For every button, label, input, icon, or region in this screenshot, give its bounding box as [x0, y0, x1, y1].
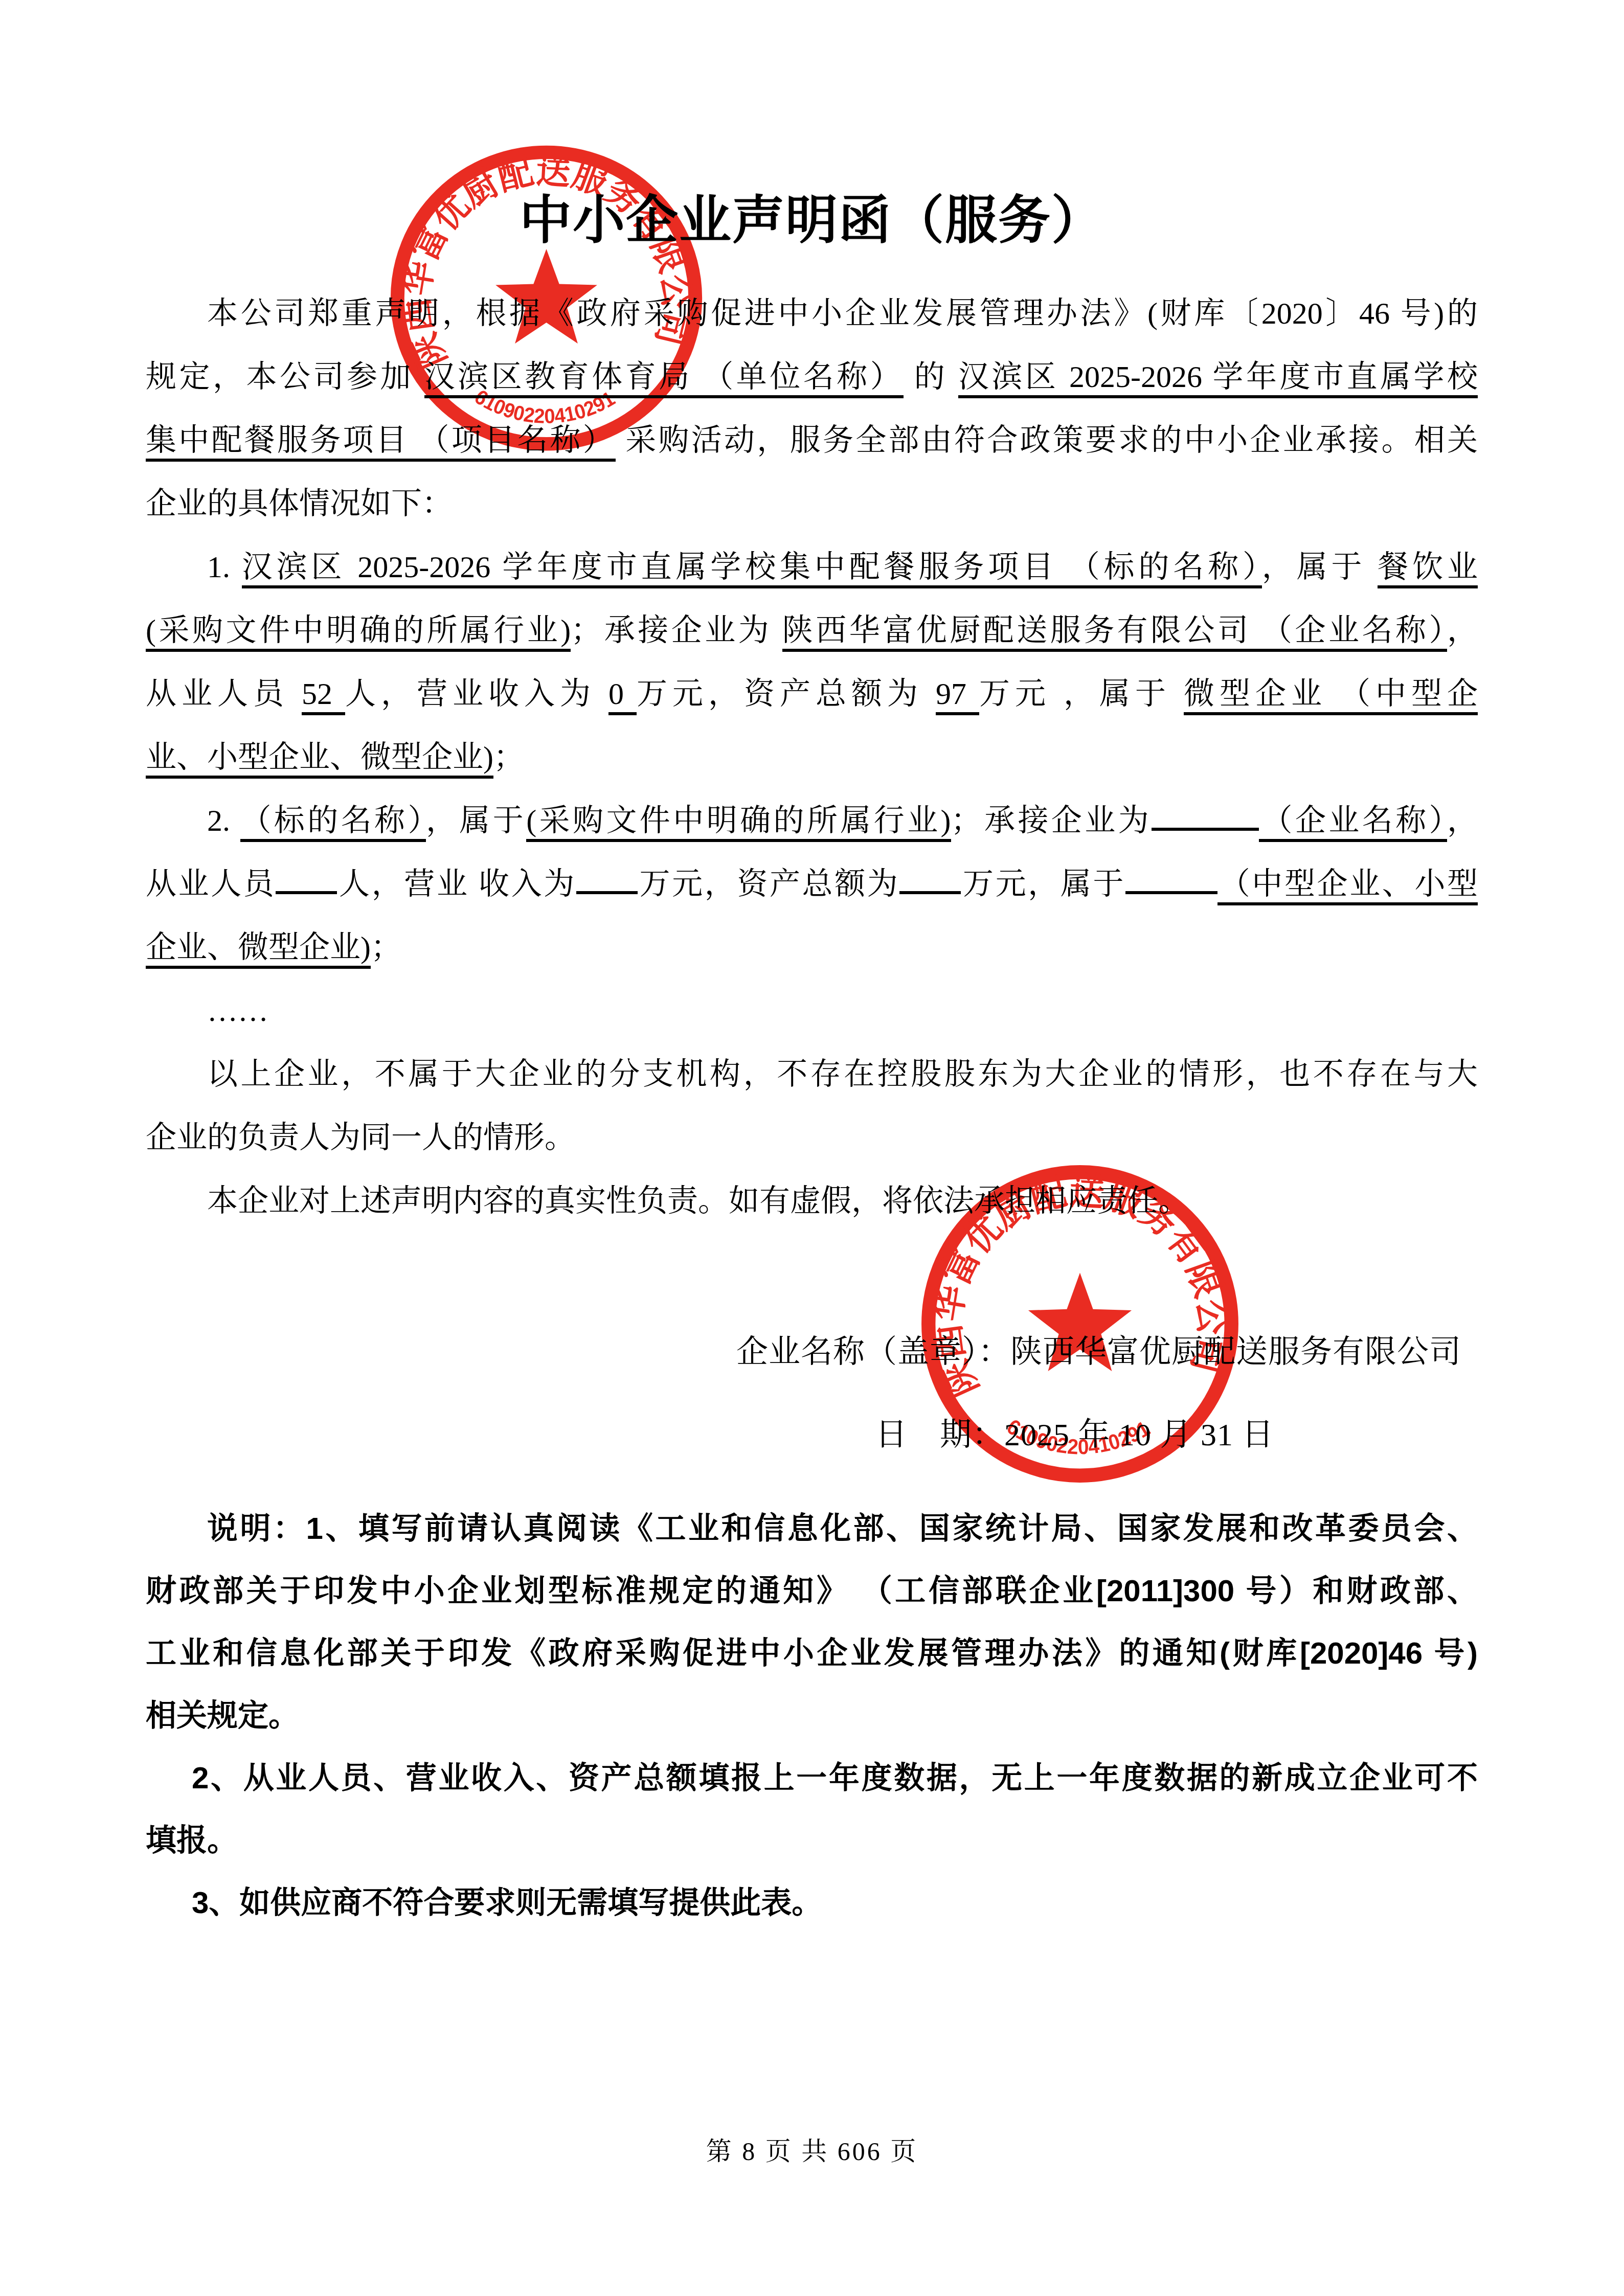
text-segment: ，属于: [426, 804, 526, 837]
declaration-document-page: 中小企业声明函（服务） 本公司郑重声明，根据《政府采购促进中小企业发展管理办法》…: [0, 0, 1624, 2296]
text-line: 集中配餐服务项目 （项目名称） 采购活动，服务全部由符合政策要求的中小企业承接。…: [146, 408, 1478, 472]
text-segment: 财政部关于印发中小企业划型标准规定的通知》 （工信部联企业[2011]300 号…: [146, 1574, 1478, 1608]
text-line: 1. 汉滨区 2025-2026 学年度市直属学校集中配餐服务项目 （标的名称）…: [146, 535, 1478, 599]
text-segment: 相关规定。: [146, 1698, 299, 1733]
text-segment: 采购活动，服务全部由符合政策要求的中小企业承接。相关: [616, 423, 1478, 457]
underlined-field-text: （中型企: [1340, 677, 1478, 715]
text-line: 从业人员 52 人，营业收入为 0 万元，资产总额为 97 万元 ，属于 微型企…: [146, 662, 1478, 725]
underlined-field-text: (采购文件中明确的所属行业): [526, 804, 951, 842]
page-title: 中小企业声明函（服务）: [0, 190, 1624, 253]
text-segment: 人，营业 收入为: [337, 867, 576, 901]
underlined-field-text: 汉滨区 2025-2026 学年度市直属学校: [958, 360, 1478, 398]
text-line: 企业的具体情况如下：: [146, 472, 1478, 535]
text-segment: 说明：1、填写前请认真阅读《工业和信息化部、国家统计局、国家发展和改革委员会、: [207, 1511, 1478, 1545]
underlined-field-text: 汉滨区教育体育局 （单位名称）: [424, 360, 904, 398]
text-segment: 1.: [207, 550, 242, 584]
text-line: 企业的负责人为同一人的情形。: [146, 1106, 1478, 1169]
text-segment: 3、如供应商不符合要求则无需填写提供此表。: [192, 1885, 822, 1920]
blank-underline-field: [1152, 795, 1259, 831]
underlined-field-text: 微型企业: [1184, 677, 1340, 715]
text-segment: 万元，属于: [961, 867, 1125, 901]
text-line: (采购文件中明确的所属行业)；承接企业为 陕西华富优厨配送服务有限公司 （企业名…: [146, 599, 1478, 662]
company-signature-line: 企业名称（盖章）：陕西华富优厨配送服务有限公司: [736, 1321, 1461, 1384]
notes-text: 说明：1、填写前请认真阅读《工业和信息化部、国家统计局、国家发展和改革委员会、财…: [146, 1497, 1478, 1934]
text-segment: 的: [904, 360, 958, 394]
underlined-field-text: 97: [936, 677, 979, 715]
text-line: 本公司郑重声明，根据《政府采购促进中小企业发展管理办法》(财库〔2020〕46 …: [146, 282, 1478, 345]
text-segment: 万元，资产总额为: [638, 867, 900, 901]
text-segment: 2、从业人员、营业收入、资产总额填报上一年度数据，无上一年度数据的新成立企业可不: [192, 1761, 1478, 1795]
text-line: 3、如供应商不符合要求则无需填写提供此表。: [146, 1872, 1478, 1934]
text-line: 本企业对上述声明内容的真实性负责。如有虚假，将依法承担相应责任。: [146, 1169, 1478, 1233]
text-segment: 本企业对上述声明内容的真实性负责。如有虚假，将依法承担相应责任。: [207, 1184, 1189, 1218]
text-segment: ；: [371, 930, 401, 964]
underlined-field-text: (采购文件中明确的所属行业): [146, 613, 571, 652]
underlined-field-text: （企业名称）: [1259, 804, 1447, 842]
text-segment: 企业的负责人为同一人的情形。: [146, 1121, 575, 1154]
underlined-field-text: 餐饮业: [1378, 550, 1478, 588]
text-line: 规定，本公司参加 汉滨区教育体育局 （单位名称） 的 汉滨区 2025-2026…: [146, 345, 1478, 408]
text-line: 填报。: [146, 1809, 1478, 1872]
text-segment: 2.: [207, 804, 240, 837]
text-line: 以上企业，不属于大企业的分支机构，不存在控股股东为大企业的情形，也不存在与大: [146, 1042, 1478, 1106]
text-segment: 万元 ，属于: [979, 677, 1184, 711]
text-segment: ……: [207, 994, 268, 1028]
text-line: 2. （标的名称），属于(采购文件中明确的所属行业)；承接企业为（企业名称），: [146, 789, 1478, 852]
underlined-field-text: （中型企业、小型: [1217, 867, 1478, 905]
text-line: 相关规定。: [146, 1685, 1478, 1747]
text-segment: ；承接企业为: [951, 804, 1152, 837]
text-segment: 以上企业，不属于大企业的分支机构，不存在控股股东为大企业的情形，也不存在与大: [207, 1057, 1478, 1091]
underlined-field-text: 业、小型企业、微型企业): [146, 740, 493, 779]
text-segment: 企业的具体情况如下：: [146, 487, 453, 520]
text-segment: 万元，资产总额为: [637, 677, 936, 711]
blank-underline-field: [276, 859, 337, 894]
text-segment: ，: [1447, 613, 1478, 647]
text-line: 业、小型企业、微型企业)；: [146, 725, 1478, 789]
text-segment: 从业人员: [146, 867, 276, 901]
text-line: 从业人员人，营业 收入为万元，资产总额为万元，属于（中型企业、小型: [146, 852, 1478, 916]
text-segment: ，: [1447, 804, 1478, 837]
blank-underline-field: [1125, 859, 1217, 894]
text-segment: 规定，本公司参加: [146, 360, 424, 394]
text-segment: 从业人员: [146, 677, 302, 711]
text-segment: ；承接企业为: [571, 613, 782, 647]
page-number: 第 8 页 共 606 页: [0, 2131, 1624, 2168]
blank-underline-field: [899, 859, 961, 894]
text-line: 2、从业人员、营业收入、资产总额填报上一年度数据，无上一年度数据的新成立企业可不: [146, 1747, 1478, 1809]
text-line: 财政部关于印发中小企业划型标准规定的通知》 （工信部联企业[2011]300 号…: [146, 1560, 1478, 1622]
text-segment: 工业和信息化部关于印发《政府采购促进中小企业发展管理办法》的通知(财库[2020…: [146, 1636, 1478, 1670]
underlined-field-text: 52: [302, 677, 345, 715]
body-text: 本公司郑重声明，根据《政府采购促进中小企业发展管理办法》(财库〔2020〕46 …: [146, 282, 1478, 1233]
text-segment: 填报。: [146, 1823, 238, 1857]
underlined-field-text: 汉滨区 2025-2026 学年度市直属学校集中配餐服务项目 （标的名称）: [242, 550, 1262, 588]
date-line: 日 期：2025 年 10 月 31 日: [875, 1403, 1274, 1467]
text-segment: ；: [493, 740, 524, 774]
text-segment: ，属于: [1262, 550, 1378, 584]
text-segment: 人，营业收入为: [345, 677, 608, 711]
blank-underline-field: [576, 859, 638, 894]
text-line: ……: [146, 979, 1478, 1042]
underlined-field-text: 集中配餐服务项目 （项目名称）: [146, 423, 616, 462]
text-line: 工业和信息化部关于印发《政府采购促进中小企业发展管理办法》的通知(财库[2020…: [146, 1622, 1478, 1685]
underlined-field-text: 陕西华富优厨配送服务有限公司 （企业名称）: [782, 613, 1447, 652]
underlined-field-text: 0: [608, 677, 637, 715]
text-segment: 本公司郑重声明，根据《政府采购促进中小企业发展管理办法》(财库〔2020〕46 …: [207, 297, 1478, 330]
underlined-field-text: （标的名称）: [240, 804, 426, 842]
text-line: 说明：1、填写前请认真阅读《工业和信息化部、国家统计局、国家发展和改革委员会、: [146, 1497, 1478, 1560]
underlined-field-text: 企业、微型企业): [146, 930, 371, 969]
text-line: 企业、微型企业)；: [146, 916, 1478, 979]
